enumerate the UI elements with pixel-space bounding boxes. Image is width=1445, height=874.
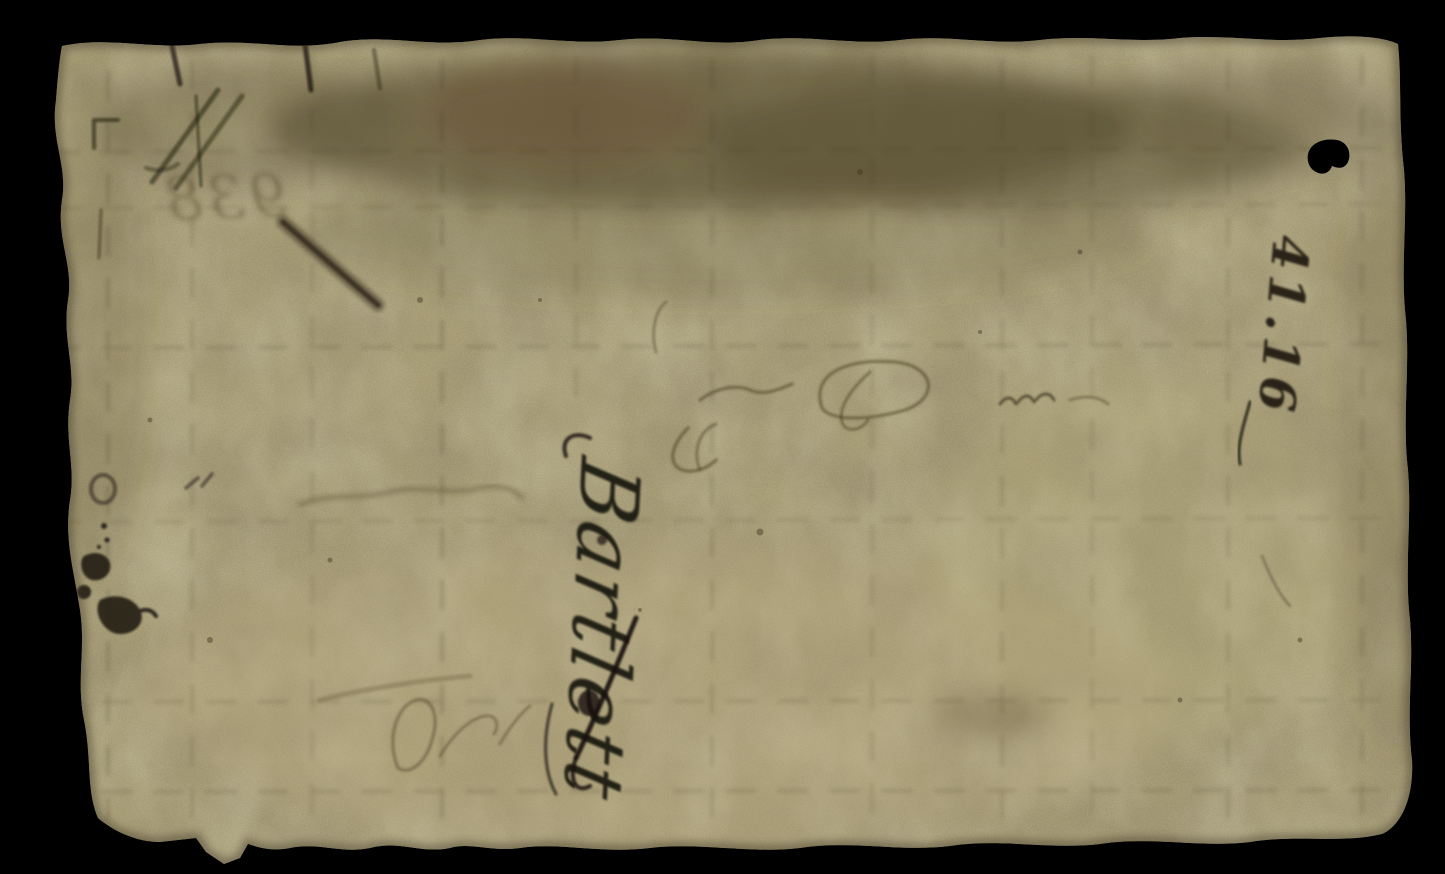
signature-bartlett: Bartlett (545, 448, 657, 809)
photo-stage: 938 (0, 0, 1445, 874)
banknote-photo: 938 (0, 0, 1445, 874)
paper-note: 938 (20, 20, 1445, 872)
ghost-serial-number: 938 (160, 161, 289, 235)
